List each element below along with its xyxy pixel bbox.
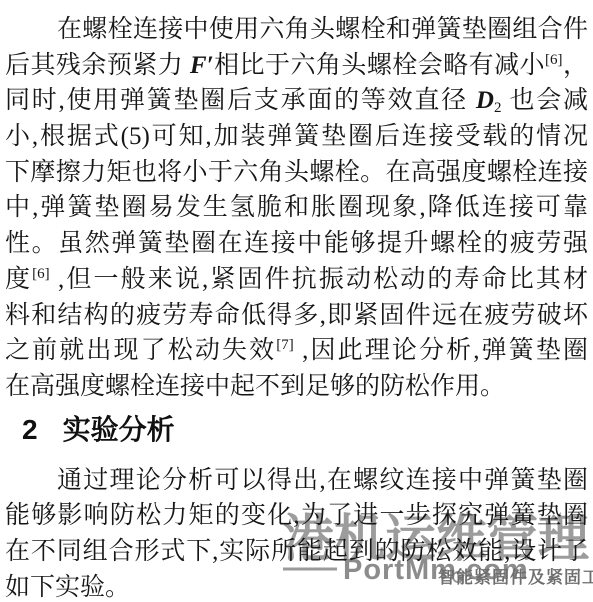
text-line: 如下实验。 [5, 570, 588, 602]
text-line: 小,根据式(5)可知,加装弹簧垫圈后连接受载的情况 [5, 119, 588, 155]
paragraph-2: 通过理论分析可以得出,在螺纹连接中弹簧垫圈能够影响防松力矩的变化,为了进一步探究… [5, 463, 588, 602]
text-segment: 如下实验。 [5, 574, 130, 601]
text-line: 在高强度螺栓连接中起不到足够的防松作用。 [5, 369, 588, 405]
text-line: 在螺栓连接中使用六角头螺栓和弹簧垫圈组合件 [5, 12, 588, 48]
text-line: 中,弹簧垫圈易发生氢脆和胀圈现象,降低连接可靠 [5, 190, 588, 226]
paragraph-1: 在螺栓连接中使用六角头螺栓和弹簧垫圈组合件后其残余预紧力 F′相比于六角头螺栓会… [5, 12, 588, 405]
text-segment: 之前就出现了松动失效 [5, 337, 276, 364]
text-segment: 在高强度螺栓连接中起不到足够的防松作用。 [5, 373, 505, 400]
text-segment: 在螺栓连接中使用六角头螺栓和弹簧垫圈组合件 [57, 16, 588, 43]
text-segment: 料和结构的疲劳寿命低得多,即紧固件远在疲劳破坏 [5, 302, 588, 329]
text-line: 性。虽然弹簧垫圈在连接中能够提升螺栓的疲劳强 [5, 226, 588, 262]
text-segment: 下摩擦力矩也将小于六角头螺栓。在高强度螺栓连接 [5, 159, 588, 186]
text-segment: 也会减 [501, 87, 588, 114]
section-heading: 2实验分析 [22, 412, 588, 448]
text-line: 料和结构的疲劳寿命低得多,即紧固件远在疲劳破坏 [5, 298, 588, 334]
text-segment: 性。虽然弹簧垫圈在连接中能够提升螺栓的疲劳强 [5, 230, 588, 257]
text-segment: 在不同组合形式下,实际所能起到的防松效能,设计了 [5, 538, 588, 565]
text-segment-sup: [6] [545, 52, 563, 68]
text-line: 下摩擦力矩也将小于六角头螺栓。在高强度螺栓连接 [5, 155, 588, 191]
text-segment: 相比于六角头螺栓会略有减小 [214, 52, 545, 79]
text-segment-sup: [7] [276, 337, 294, 353]
section-number: 2 [22, 414, 38, 445]
text-line: 能够影响防松力矩的变化,为了进一步探究弹簧垫圈 [5, 498, 588, 534]
text-segment: 同时,使用弹簧垫圈后支承面的等效直径 [5, 87, 476, 114]
page-content: 在螺栓连接中使用六角头螺栓和弹簧垫圈组合件后其残余预紧力 F′相比于六角头螺栓会… [0, 0, 593, 602]
text-segment-sub: 2 [494, 100, 502, 116]
text-line: 度[6] ,但一般来说,紧固件抗振动松动的寿命比其材 [5, 262, 588, 298]
section-title: 实验分析 [63, 414, 175, 445]
text-segment: 通过理论分析可以得出,在螺纹连接中弹簧垫圈 [57, 467, 588, 494]
text-segment-italic: F′ [190, 52, 214, 79]
text-line: 通过理论分析可以得出,在螺纹连接中弹簧垫圈 [5, 463, 588, 499]
text-line: 同时,使用弹簧垫圈后支承面的等效直径 D2 也会减 [5, 83, 588, 119]
text-segment: 小,根据式(5)可知,加装弹簧垫圈后连接受载的情况 [5, 123, 588, 150]
text-segment: ， [563, 52, 588, 79]
text-segment-italic: D [476, 87, 494, 114]
text-segment: 能够影响防松力矩的变化,为了进一步探究弹簧垫圈 [5, 502, 588, 529]
text-segment: ,但一般来说,紧固件抗振动松动的寿命比其材 [50, 266, 588, 293]
text-segment: 度 [5, 266, 32, 293]
text-segment: 中,弹簧垫圈易发生氢脆和胀圈现象,降低连接可靠 [5, 194, 588, 221]
text-line: 在不同组合形式下,实际所能起到的防松效能,设计了 [5, 534, 588, 570]
text-segment: 后其残余预紧力 [5, 52, 190, 79]
text-segment-sup: [6] [32, 266, 50, 282]
text-segment: ,因此理论分析,弹簧垫圈 [294, 337, 588, 364]
text-line: 之前就出现了松动失效[7] ,因此理论分析,弹簧垫圈 [5, 333, 588, 369]
text-line: 后其残余预紧力 F′相比于六角头螺栓会略有减小[6]， [5, 48, 588, 84]
